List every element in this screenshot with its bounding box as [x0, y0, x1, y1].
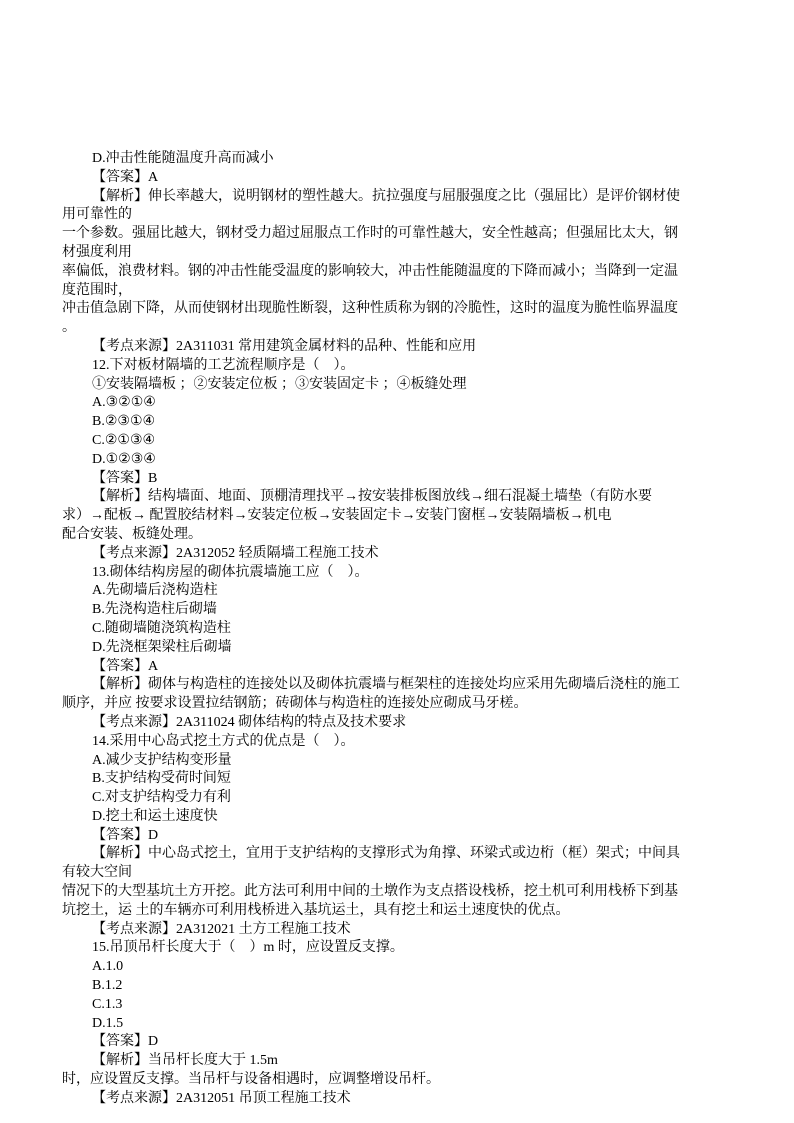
line-option: B.支护结构受荷时间短	[62, 770, 736, 789]
line-source: 【考点来源】2A312021 土方工程施工技术	[62, 921, 736, 940]
line-option: A.③②①④	[62, 394, 736, 413]
line-text: 材强度利用	[62, 244, 736, 263]
line-text: 度范围时，	[62, 282, 736, 301]
line-analysis: 【解析】砌体与构造柱的连接处以及砌体抗震墙与框架柱的连接处均应采用先砌墙后浇柱的…	[62, 676, 736, 695]
line-option: A.减少支护结构变形量	[62, 752, 736, 771]
line-answer: 【答案】D	[62, 1033, 736, 1052]
document-body: D.冲击性能随温度升高而减小【答案】A【解析】伸长率越大，说明钢材的塑性越大。抗…	[62, 150, 736, 1109]
line-answer: 【答案】A	[62, 169, 736, 188]
line-text: 用可靠性的	[62, 206, 736, 225]
line-option: A.先砌墙后浇构造柱	[62, 582, 736, 601]
line-text: 求）→配板→ 配置胶结材料→安装定位板→安装固定卡→安装门窗框→安装隔墙板→机电	[62, 507, 736, 526]
line-answer: 【答案】B	[62, 470, 736, 489]
line-text: 有较大空间	[62, 864, 736, 883]
line-source: 【考点来源】2A312052 轻质隔墙工程施工技术	[62, 545, 736, 564]
line-option: C.随砌墙随浇筑构造柱	[62, 620, 736, 639]
line-question: 14.采用中心岛式挖土方式的优点是（ ）。	[62, 733, 736, 752]
line-answer: 【答案】D	[62, 827, 736, 846]
line-option: D.冲击性能随温度升高而减小	[62, 150, 736, 169]
line-option: B.1.2	[62, 977, 736, 996]
line-option: C.②①③④	[62, 432, 736, 451]
line-answer: 【答案】A	[62, 658, 736, 677]
line-text: 冲击值急剧下降，从而使钢材出现脆性断裂，这种性质称为钢的冷脆性，这时的温度为脆性…	[62, 300, 736, 319]
line-source: 【考点来源】2A312051 吊顶工程施工技术	[62, 1090, 736, 1109]
line-text: 配合安装、板缝处理。	[62, 526, 736, 545]
line-option: C.1.3	[62, 996, 736, 1015]
line-option: D.1.5	[62, 1015, 736, 1034]
document-page: D.冲击性能随温度升高而减小【答案】A【解析】伸长率越大，说明钢材的塑性越大。抗…	[0, 0, 794, 1123]
line-list: ①安装隔墙板 ；②安装定位板 ；③安装固定卡 ；④板缝处理	[62, 376, 736, 395]
line-text: 率偏低，浪费材料。钢的冲击性能受温度的影响较大，冲击性能随温度的下降而减小；当降…	[62, 263, 736, 282]
line-analysis: 【解析】结构墙面、地面、顶棚清理找平→按安装排板图放线→细石混凝土墙垫（有防水要	[62, 488, 736, 507]
line-option: D.挖土和运土速度快	[62, 808, 736, 827]
line-text: 一个参数。强屈比越大，钢材受力超过屈服点工作时的可靠性越大，安全性越高；但强屈比…	[62, 225, 736, 244]
line-text: 情况下的大型基坑土方开挖。此方法可利用中间的土墩作为支点搭设栈桥，挖土机可利用栈…	[62, 883, 736, 902]
line-analysis: 【解析】伸长率越大，说明钢材的塑性越大。抗拉强度与屈服强度之比（强屈比）是评价钢…	[62, 188, 736, 207]
line-text: 顺序，并应 按要求设置拉结钢筋；砖砌体与构造柱的连接处应砌成马牙槎。	[62, 695, 736, 714]
line-option: D.①②③④	[62, 451, 736, 470]
line-text: 坑挖土，运 土的车辆亦可利用栈桥进入基坑运土，具有挖土和运土速度快的优点。	[62, 902, 736, 921]
line-option: A.1.0	[62, 958, 736, 977]
line-source: 【考点来源】2A311024 砌体结构的特点及技术要求	[62, 714, 736, 733]
line-option: B.先浇构造柱后砌墙	[62, 601, 736, 620]
line-option: C.对支护结构受力有利	[62, 789, 736, 808]
line-text: 。	[62, 319, 736, 338]
line-option: B.②③①④	[62, 413, 736, 432]
line-analysis: 【解析】当吊杆长度大于 1.5m	[62, 1052, 736, 1071]
line-option: D.先浇框架梁柱后砌墙	[62, 639, 736, 658]
line-text: 时，应设置反支撑。当吊杆与设备相遇时，应调整增设吊杆。	[62, 1071, 736, 1090]
line-source: 【考点来源】2A311031 常用建筑金属材料的品种、性能和应用	[62, 338, 736, 357]
line-question: 15.吊顶吊杆长度大于（ ）m 时，应设置反支撑。	[62, 939, 736, 958]
line-question: 12.下对板材隔墙的工艺流程顺序是（ ）。	[62, 357, 736, 376]
line-analysis: 【解析】中心岛式挖土，宜用于支护结构的支撑形式为角撑、环梁式或边桁（框）架式；中…	[62, 845, 736, 864]
line-question: 13.砌体结构房屋的砌体抗震墙施工应（ ）。	[62, 564, 736, 583]
